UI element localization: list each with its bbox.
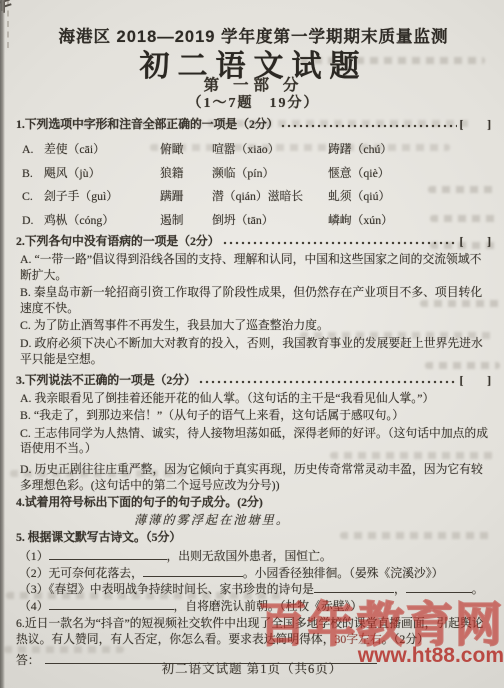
question-5-line-4: （4），自将磨洗认前朝。（杜牧《赤壁》） — [19, 598, 491, 615]
option-text: 政府必须下决心不断加大对教育的投入，否则，我国教育事业的发展要赶上世界先进水平只… — [20, 336, 483, 366]
dot-leader — [281, 120, 456, 130]
option-item: 狼籍 — [160, 166, 212, 182]
scanned-exam-page: 海港区 2018—2019 学年度第一学期期末质量监测 初二语文试题 第 一部 … — [0, 0, 504, 688]
stem-highlight: 30字左右 — [335, 632, 382, 646]
answer-bracket: [ ] — [460, 234, 491, 250]
question-3-option-a: A.我亲眼看见了倒挂着还能开花的仙人掌。（这句话的主干是“我看见仙人掌。”） — [20, 391, 491, 407]
option-item: 俯瞰 — [160, 142, 212, 158]
option-label: B. — [20, 285, 31, 299]
line-text: ，出则无敌国外患者，国恒亡。 — [167, 549, 332, 563]
option-label: D. — [22, 213, 44, 229]
line-text: 。小园香径独徘徊。（晏殊《浣溪沙》） — [243, 566, 444, 580]
question-6-stem: 6.近日一款名为“抖音”的短视频社交软件中出现了全国多地学校的课堂直播画面，引起… — [16, 616, 491, 647]
option-item: 惬意（qiè） — [328, 166, 491, 182]
question-2-stem: 2.下列各句中没有语病的一项是（2分） — [16, 234, 220, 250]
option-item: 潜（qián）滋暗长 — [212, 189, 328, 205]
question-3-option-b: B.“我走了，到那边来信！”（从句子的语气上来看，这句话属于感叹句。） — [20, 408, 491, 424]
question-2-option-d: D.政府必须下决心不断加大对教育的投入，否则，我国教育事业的发展要赶上世界先进水… — [20, 336, 491, 367]
question-2-option-a: A.“一带一路”倡议得到沿线各国的支持、理解和认同，中国和这些国家之间的交流领域… — [20, 252, 491, 283]
question-5-stem: 5. 根据课文默写古诗文。（5分） — [16, 530, 491, 546]
line-text: （4） — [19, 599, 49, 613]
line-text: （2）无可奈何花落去， — [19, 566, 143, 580]
fill-blank — [49, 548, 167, 560]
option-text: 历史正剧往往庄重严整，因为它倾向于真实再现，历史传奇常常灵动丰盈，因为它有较多理… — [20, 462, 483, 492]
question-3-stem: 3.下列说法不正确的一项是（2分） — [16, 373, 196, 389]
option-item: 飓风（jù） — [44, 166, 160, 182]
question-3-option-d: D.历史正剧往往庄重严整，因为它倾向于真实再现，历史传奇常常灵动丰盈，因为它有较… — [20, 462, 491, 493]
option-label: A. — [20, 252, 31, 266]
option-label: C. — [20, 318, 31, 332]
option-label: D. — [20, 336, 31, 350]
option-label: D. — [20, 462, 31, 476]
question-3-option-c: C.王志伟同学为人热情、诚实，待人接物坦荡如砥，深得老师的好评。（这句话中加点的… — [20, 426, 491, 457]
line-text: ， — [394, 582, 406, 596]
question-5-line-1: （1），出则无敌国外患者，国恒亡。 — [19, 548, 491, 565]
option-label: B. — [22, 166, 44, 182]
option-label: B. — [20, 408, 31, 422]
option-item: 倒坍（tān） — [212, 213, 328, 229]
line-text: （1） — [19, 549, 49, 563]
answer-bracket: [ ] — [460, 117, 491, 133]
option-text: “我走了，到那边来信！”（从句子的语气上来看，这句话属于感叹句。） — [34, 408, 404, 422]
option-label: A. — [20, 391, 31, 405]
option-text: 为了防止酒驾事件不再发生，我县加大了巡查整治力度。 — [34, 318, 329, 332]
option-item: 虬须（qiú） — [328, 189, 491, 205]
option-item: 濒临（pín） — [212, 166, 328, 182]
question-2-option-b: B.秦皇岛市新一轮招商引资工作取得了阶段性成果，但仍然存在产业项目不多、项目转化… — [20, 285, 491, 316]
exam-header-line: 海港区 2018—2019 学年度第一学期期末质量监测 — [16, 30, 491, 46]
option-item: 鸡枞（cóng） — [44, 213, 160, 229]
question-4-sentence: 薄薄的雾浮起在池塘里。 — [134, 513, 491, 529]
option-label: A. — [22, 142, 44, 158]
fill-blank — [314, 581, 394, 593]
fill-blank — [143, 565, 243, 577]
question-1-stem: 1.下列选项中字形和注音全部正确的一项是（2分） — [16, 117, 278, 133]
option-item: 蹒跚 — [160, 189, 212, 205]
option-text: 我亲眼看见了倒挂着还能开花的仙人掌。（这句话的主干是“我看见仙人掌。”） — [34, 391, 434, 405]
option-item: 喧嚣（xiāo） — [212, 142, 328, 158]
line-text: （3）《春望》中表明战争持续时间长、家书珍贵的诗句是 — [19, 582, 314, 596]
section-title: 第 一部 分 — [16, 78, 491, 94]
option-item: 踌躇（chú） — [328, 142, 491, 158]
question-4-stem: 4.试着用符号标出下面的句子的句子成分。(2分) — [16, 495, 491, 511]
option-label: C. — [20, 426, 31, 440]
exam-title: 初二语文试题 — [16, 59, 491, 75]
exam-body: 海港区 2018—2019 学年度第一学期期末质量监测 初二语文试题 第 一部 … — [0, 0, 504, 668]
dot-leader — [199, 376, 457, 386]
option-item: 刽子手（guì） — [44, 189, 160, 205]
option-label: C. — [22, 189, 44, 205]
option-text: “一带一路”倡议得到沿线各国的支持、理解和认同，中国和这些国家之间的交流领域不断… — [20, 252, 481, 282]
question-1-stem-row: 1.下列选项中字形和注音全部正确的一项是（2分） [ ] — [16, 117, 491, 133]
question-1-options: A. 差使（cāi） 俯瞰 喧嚣（xiāo） 踌躇（chú） B. 飓风（jù）… — [22, 142, 491, 228]
section-points: （1～7题 19分） — [16, 96, 491, 112]
question-5-line-3: （3）《春望》中表明战争持续时间长、家书珍贵的诗句是，。 — [19, 581, 491, 598]
question-3-stem-row: 3.下列说法不正确的一项是（2分） [ ] — [16, 373, 491, 389]
fill-blank — [49, 598, 174, 610]
fill-blank — [406, 581, 472, 593]
option-text: 秦皇岛市新一轮招商引资工作取得了阶段性成果，但仍然存在产业项目不多、项目转化速度… — [20, 285, 482, 315]
option-item: 嶙峋（xún） — [328, 213, 491, 229]
line-text: 。 — [472, 582, 484, 596]
option-text: 王志伟同学为人热情、诚实，待人接物坦荡如砥，深得老师的好评。（这句话中加点的成语… — [20, 426, 488, 456]
answer-bracket: [ ] — [460, 373, 491, 389]
stem-text: 。（2分） — [382, 632, 429, 646]
question-5-line-2: （2）无可奈何花落去，。小园香径独徘徊。（晏殊《浣溪沙》） — [19, 565, 491, 582]
option-item: 遏制 — [160, 213, 212, 229]
option-item: 差使（cāi） — [44, 142, 160, 158]
page-footer: 初二语文试题 第1页（共6页） — [0, 659, 504, 677]
question-2-stem-row: 2.下列各句中没有语病的一项是（2分） [ ] — [16, 234, 491, 250]
line-text: ，自将磨洗认前朝。（杜牧《赤壁》） — [174, 599, 363, 613]
scan-edge-shadow — [0, 0, 5, 688]
dot-leader — [223, 237, 457, 247]
question-2-option-c: C.为了防止酒驾事件不再发生，我县加大了巡查整治力度。 — [20, 318, 491, 334]
